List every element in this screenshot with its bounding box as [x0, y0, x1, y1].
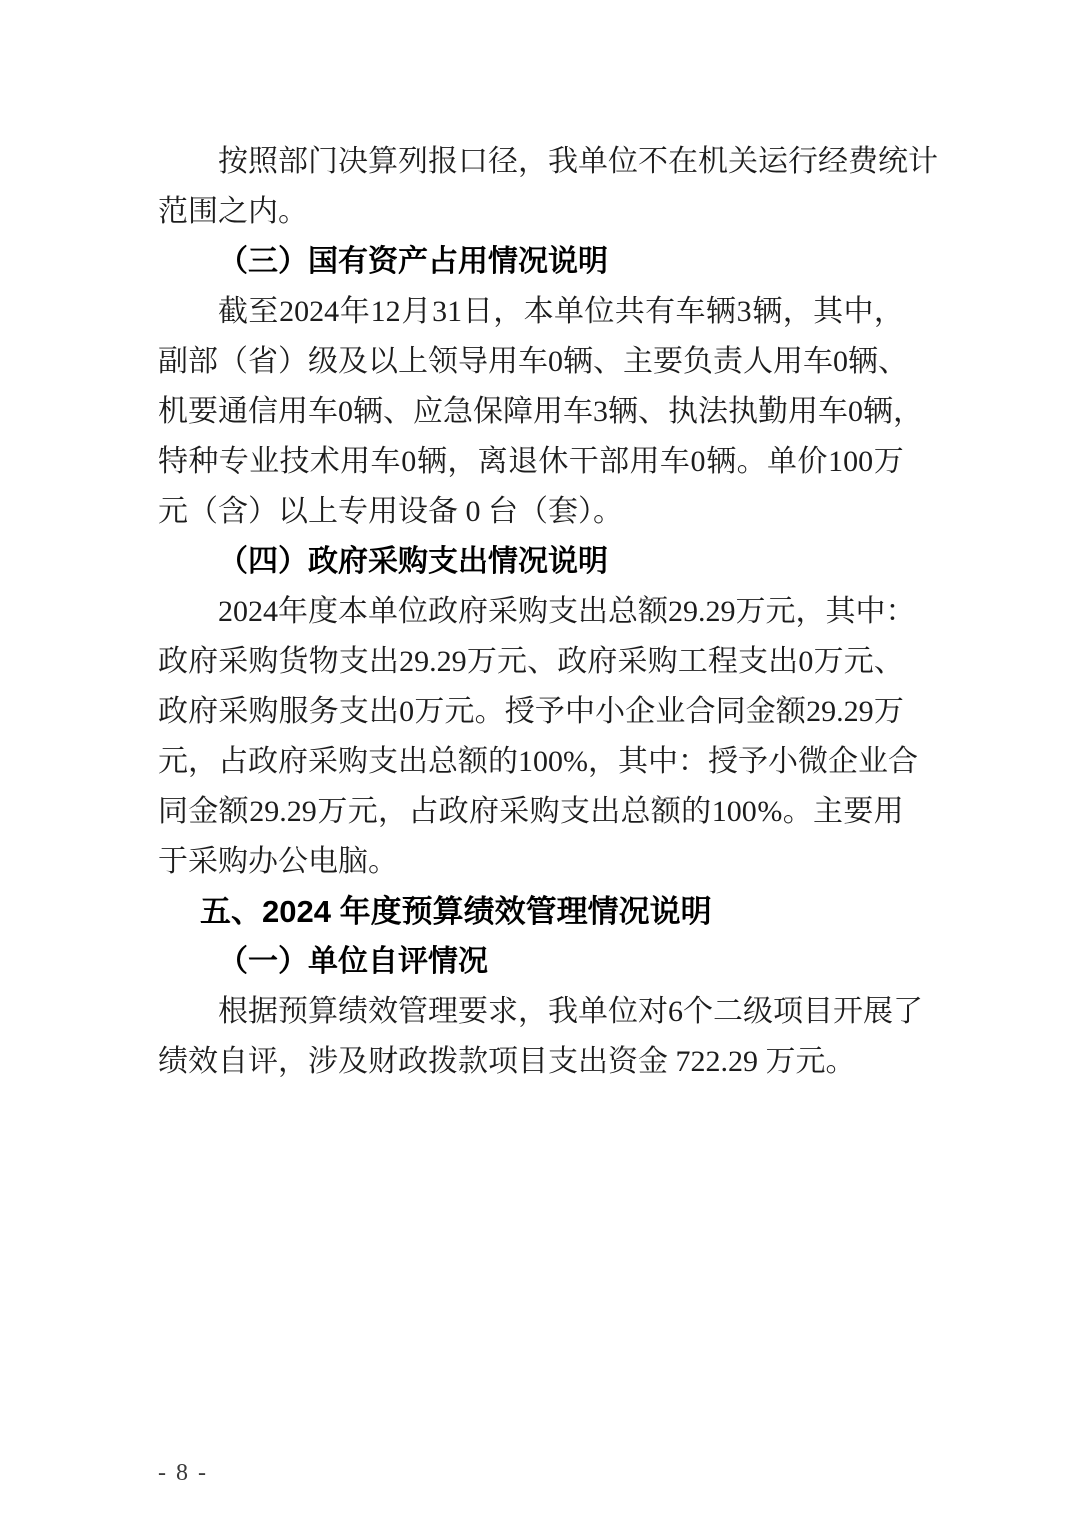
paragraph-line: 元，占政府采购支出总额的 100%，其中：授予小微企业合 [158, 737, 904, 787]
paragraph-line: 特种专业技术用车 0 辆，离退休干部用车 0 辆。单价 100 万 [158, 437, 904, 487]
paragraph-line: 按照部门决算列报口径，我单位不在机关运行经费统计 [158, 137, 904, 187]
document-body: 按照部门决算列报口径，我单位不在机关运行经费统计范围之内。（三）国有资产占用情况… [158, 137, 904, 1087]
paragraph-line: 于采购办公电脑。 [158, 837, 904, 887]
subsection-heading: （三）国有资产占用情况说明 [158, 237, 904, 287]
paragraph-line: 副部（省）级及以上领导用车 0 辆、主要负责人用车 0 辆、 [158, 337, 904, 387]
paragraph-line: 范围之内。 [158, 187, 904, 237]
paragraph-line: 绩效自评，涉及财政拨款项目支出资金 722.29 万元。 [158, 1037, 904, 1087]
paragraph-line: 根据预算绩效管理要求，我单位对 6 个二级项目开展了 [158, 987, 904, 1037]
subsection-heading: （一）单位自评情况 [158, 937, 904, 987]
paragraph-line: 截至 2024 年 12 月 31 日，本单位共有车辆 3 辆，其中， [158, 287, 904, 337]
section-heading: 五、2024 年度预算绩效管理情况说明 [158, 887, 904, 937]
paragraph-line: 政府采购服务支出 0 万元。授予中小企业合同金额 29.29 万 [158, 687, 904, 737]
paragraph-line: 机要通信用车 0 辆、应急保障用车 3 辆、执法执勤用车 0 辆， [158, 387, 904, 437]
paragraph-line: 政府采购货物支出 29.29 万元、政府采购工程支出 0 万元、 [158, 637, 904, 687]
page-number: - 8 - [158, 1456, 208, 1490]
subsection-heading: （四）政府采购支出情况说明 [158, 537, 904, 587]
paragraph-line: 2024 年度本单位政府采购支出总额 29.29 万元，其中： [158, 587, 904, 637]
document-page: 按照部门决算列报口径，我单位不在机关运行经费统计范围之内。（三）国有资产占用情况… [0, 0, 1069, 1515]
paragraph-line: 同金额 29.29 万元，占政府采购支出总额的 100 %。主要用 [158, 787, 904, 837]
paragraph-line: 元（含）以上专用设备 0 台（套）。 [158, 487, 904, 537]
